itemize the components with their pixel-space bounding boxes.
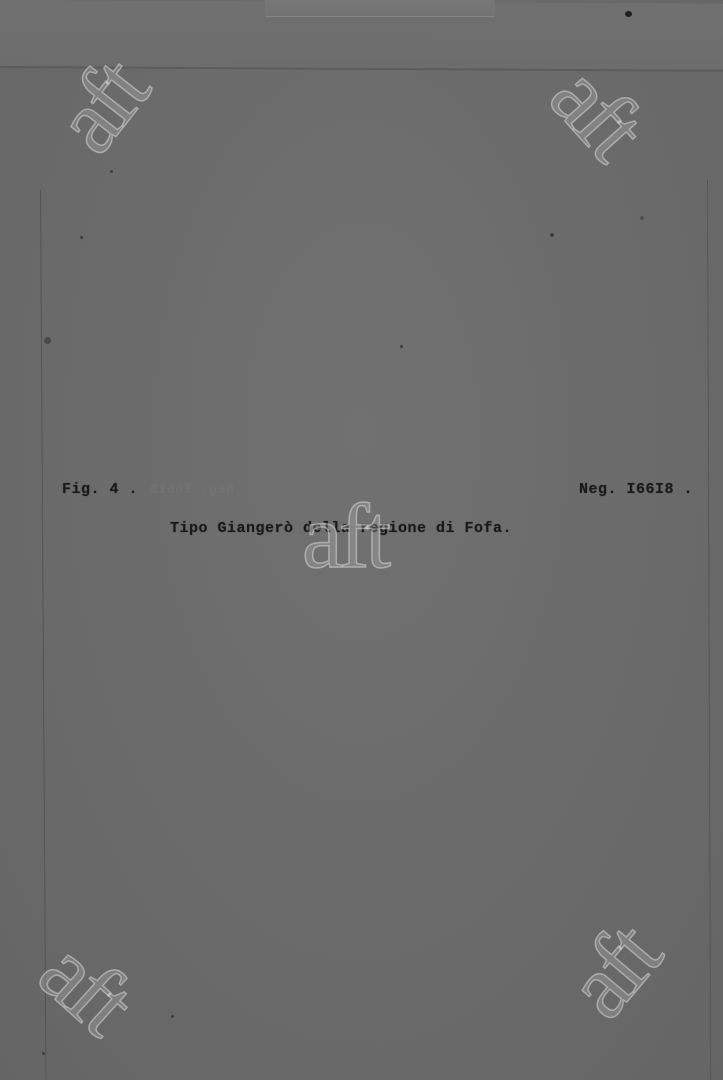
figure-label: Fig. 4 . (62, 481, 138, 498)
negative-number: Neg. I66I8 . (579, 481, 693, 498)
dust-speck (400, 345, 403, 348)
watermark-bottom-right: aft (550, 909, 675, 1033)
dust-speck (80, 236, 83, 239)
dust-speck (640, 216, 644, 220)
adhesive-tape (265, 0, 495, 17)
show-through-text: Neg. I66I8 (150, 482, 234, 498)
dust-speck (550, 233, 554, 237)
dust-speck (44, 337, 51, 344)
dust-speck (42, 1052, 45, 1055)
dust-speck (625, 11, 632, 17)
dust-speck (110, 170, 113, 173)
right-margin-line (707, 180, 711, 1080)
watermark-bottom-left: aft (24, 923, 149, 1048)
dust-speck (171, 1015, 174, 1018)
watermark-center: aft (302, 490, 387, 582)
scanned-card: Neg. I66I8 Fig. 4 . Neg. I66I8 . Tipo Gi… (0, 0, 723, 1080)
left-margin-line (40, 190, 46, 1080)
